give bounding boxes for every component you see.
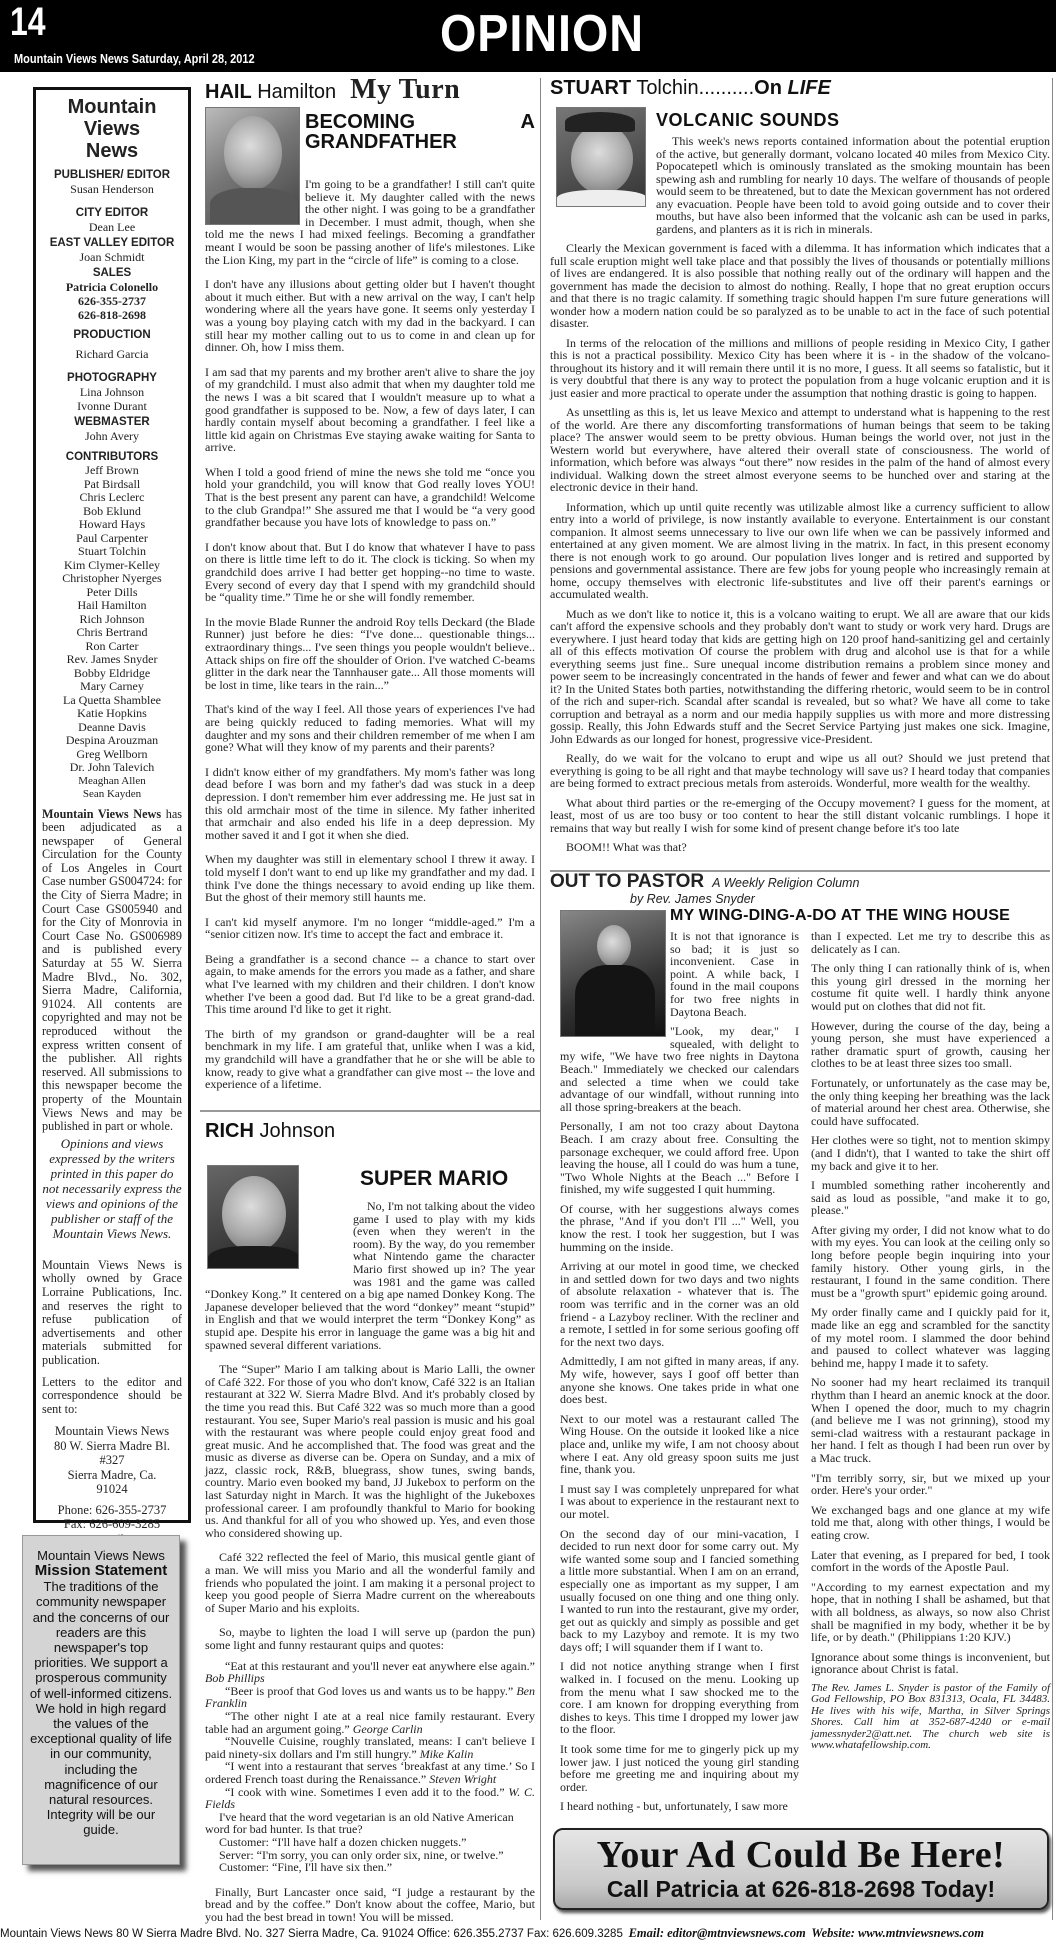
paragraph: Admittedly, I am not gifted in many area… [560,1355,799,1405]
article-headline: MY WING-DING-A-DO AT THE WING HOUSE [670,907,1010,925]
phone: 626-355-2737 [42,294,182,308]
contributor-name: Ron Carter [42,640,182,654]
role-label: PHOTOGRAPHY [42,371,182,385]
column-subtitle: A Weekly Religion Column [712,876,859,890]
contributor-name: Howard Hays [42,518,182,532]
footer-address: Mountain Views News 80 W Sierra Madre Bl… [0,1928,623,1940]
paragraph: I don't have any illusions about getting… [205,278,535,354]
quote: “Nouvelle Cuisine, roughly translated, m… [205,1735,535,1760]
paragraph: BOOM!! What was that? [550,841,1050,854]
paragraph: Much as we don't like to notice it, this… [550,608,1050,746]
masthead: 14 Mountain Views News Saturday, April 2… [0,0,1056,72]
paragraph: My order finally came and I quickly paid… [811,1306,1050,1369]
paragraph: When my daughter was still in elementary… [205,853,535,903]
staff-box: Mountain Views News PUBLISHER/ EDITOR Su… [33,87,191,1523]
quote-author: W. C. Fields [205,1785,535,1812]
paragraph: We exchanged bags and one glance at my w… [811,1504,1050,1542]
paragraph: I didn't know either of my grandfathers.… [205,766,535,842]
mission-title: Mission Statement [29,1563,173,1579]
advertisement-banner[interactable]: Your Ad Could Be Here! Call Patricia at … [553,1828,1049,1910]
role-label: WEBMASTER [42,415,182,429]
footer-website[interactable]: Website: www.mtnviewsnews.com [811,1926,984,1940]
paragraph: The “Super” Mario I am talking about is … [205,1363,535,1539]
article-body: This week's news reports contained infor… [550,135,1050,861]
paragraph: Fortunately, or unfortunately as the cas… [811,1077,1050,1127]
ownership-notice: Mountain Views News is wholly owned by G… [42,1259,182,1368]
contributors-list: Jeff BrownPat BirdsallChris LeclercBob E… [42,464,182,802]
role-label: EAST VALLEY EDITOR [42,236,182,250]
mission-statement: Mountain Views News Mission Statement Th… [22,1535,180,1865]
article-columns: It is not that ignorance is so bad; it i… [560,930,1050,1820]
paragraph: When I told a good friend of mine the ne… [205,466,535,529]
paragraph: "I'm terribly sorry, sir, but we mixed u… [811,1472,1050,1497]
contributor-name: Rich Johnson [42,613,182,627]
staff-name: Dean Lee [42,220,182,234]
joke-line: Customer: “Fine, I'll have six then.” [205,1861,535,1874]
contributor-name: Peter Dills [42,586,182,600]
paragraph: After giving my order, I did not know wh… [811,1224,1050,1300]
paragraph: Café 322 reflected the feel of Mario, th… [205,1551,535,1614]
column-name: My Turn [350,77,460,103]
article-body: I'm going to be a grandfather! I still c… [205,178,535,1103]
joke-line: Customer: “I'll have half a dozen chicke… [205,1836,535,1849]
article-headline: SUPER MARIO [360,1168,508,1190]
quote-list: “Eat at this restaurant and you'll never… [205,1660,535,1874]
date-line: Mountain Views News Saturday, April 28, … [14,52,255,66]
contributor-name: Bobby Eldridge [42,667,182,681]
role-label: PUBLISHER/ EDITOR [42,168,182,182]
contributor-name: Paul Carpenter [42,532,182,546]
article-headline: VOLCANIC SOUNDS [656,110,840,130]
paragraph: I heard nothing - but, unfortunately, I … [560,1800,799,1813]
contributor-name: Kim Clymer-Kelley [42,559,182,573]
staff-name: John Avery [42,429,182,443]
contributor-name: Bob Eklund [42,505,182,519]
paragraph: What about third parties or the re-emerg… [550,797,1050,835]
quote: “The other night I ate at a real nice fa… [205,1710,535,1735]
ad-subline: Call Patricia at 626-818-2698 Today! [555,1876,1047,1902]
letters-notice: Letters to the editor and correspondence… [42,1376,182,1417]
article-headline: BECOMING A GRANDFATHER [305,112,535,152]
column-divider [1052,78,1053,1920]
paragraph: However, during the course of the day, b… [811,1020,1050,1070]
paragraph: I don't know about that. But I do know t… [205,541,535,604]
author-bio: The Rev. James L. Snyder is pastor of th… [811,1683,1050,1752]
contributor-name: Meaghan Allen [42,775,182,789]
contributor-name: Hail Hamilton [42,599,182,613]
column-header: HAIL Hamilton My Turn [205,77,535,103]
paragraph: I mumbled something rather incoherently … [811,1179,1050,1217]
article-wing-house: OUT TO PASTOR A Weekly Religion Column b… [550,872,1050,892]
staff-name: Richard Garcia [42,347,182,361]
contributor-name: Deanne Davis [42,721,182,735]
section-title: OPINION [440,8,644,60]
contributor-name: Christopher Nyerges [42,572,182,586]
section-divider [200,1110,540,1112]
article-volcanic-sounds: STUART Tolchin..........On LIFE VOLCANIC… [550,77,1050,99]
ad-headline: Your Ad Could Be Here! [555,1834,1047,1876]
paragraph: I did not notice anything strange when I… [560,1660,799,1736]
paragraph: I must say I was completely unprepared f… [560,1483,799,1521]
article-column: It is not that ignorance is so bad; it i… [560,930,799,1820]
contributor-name: Pat Birdsall [42,478,182,492]
quote: “Eat at this restaurant and you'll never… [205,1660,535,1685]
paragraph: Her clothes were so tight, not to mentio… [811,1134,1050,1172]
paragraph: So, maybe to lighten the load I will ser… [205,1626,535,1651]
role-label: CITY EDITOR [42,206,182,220]
role-label: PRODUCTION [42,328,182,342]
paragraph: Next to our motel was a restaurant calle… [560,1413,799,1476]
contributor-name: Stuart Tolchin [42,545,182,559]
paragraph: In the movie Blade Runner the android Ro… [205,616,535,692]
article-becoming-a-grandfather: HAIL Hamilton My Turn BECOMING A GRANDFA… [205,77,535,103]
column-name: OUT TO PASTOR [550,872,704,892]
mailing-address: Mountain Views News 80 W. Sierra Madre B… [42,1424,182,1497]
quote: “I went into a restaurant that serves ‘b… [205,1760,535,1785]
phone: 626-818-2698 [42,308,182,322]
paper-name: Mountain Views News [42,96,182,162]
author-byline: HAIL Hamilton [205,81,336,103]
paragraph: As unsettling as this is, let us leave M… [550,406,1050,494]
author-byline: STUART Tolchin..........On LIFE [550,77,1050,99]
paragraph: Really, do we wait for the volcano to er… [550,752,1050,790]
paragraph: Personally, I am not too crazy about Day… [560,1120,799,1196]
contributor-name: Chris Bertrand [42,626,182,640]
footer-email[interactable]: Email: editor@mtnviewsnews.com [629,1926,806,1940]
paragraph: In terms of the relocation of the millio… [550,337,1050,400]
contributor-name: Despina Arouzman [42,734,182,748]
contributor-name: Jeff Brown [42,464,182,478]
page-number: 14 [10,2,46,42]
staff-name: Patricia Colonello [42,280,182,294]
quote: “I cook with wine. Sometimes I even add … [205,1786,535,1811]
paragraph: The only thing I can rationally think of… [811,962,1050,1012]
paragraph: The birth of my grandson or grand-daught… [205,1028,535,1091]
contributor-name: Rev. James Snyder [42,653,182,667]
contributor-name: Dr. John Talevich [42,761,182,775]
paragraph: Later that evening, as I prepared for be… [811,1549,1050,1574]
article-super-mario: RICH Johnson SUPER MARIO No, I'm not tal… [205,1120,535,1142]
article-column: than I expected. Let me try to describe … [811,930,1050,1820]
column-header: OUT TO PASTOR A Weekly Religion Column [550,872,1050,892]
staff-name: Joan Schmidt [42,250,182,264]
staff-name: Ivonne Durant [42,399,182,413]
paragraph: Of course, with her suggestions always c… [560,1203,799,1253]
role-label: SALES [42,266,182,280]
contributor-name: Greg Wellborn [42,748,182,762]
article-body: No, I'm not talking about the video game… [205,1200,535,1935]
quote: “Beer is proof that God loves us and wan… [205,1685,535,1710]
paragraph: Clearly the Mexican government is faced … [550,242,1050,330]
staff-name: Susan Henderson [42,182,182,196]
quote-author: Steven Wright [429,1772,496,1786]
page-footer: Mountain Views News 80 W Sierra Madre Bl… [0,1926,1056,1942]
disclaimer: Opinions and views expressed by the writ… [42,1136,182,1241]
contributors-label: CONTRIBUTORS [42,450,182,464]
contributor-name: Sean Kayden [42,788,182,802]
paragraph: "According to my earnest expectation and… [811,1581,1050,1644]
paragraph: It took some time for me to gingerly pic… [560,1743,799,1793]
paragraph: That's kind of the way I feel. All those… [205,703,535,753]
paragraph: I am sad that my parents and my brother … [205,366,535,454]
contributor-name: La Quetta Shamblee [42,694,182,708]
paragraph: Information, which up until quite recent… [550,501,1050,601]
joke-line: I've heard that the word vegetarian is a… [205,1811,535,1836]
staff-name: Lina Johnson [42,385,182,399]
column-divider [540,78,541,1920]
paragraph: No sooner had my heart reclaimed its tra… [811,1376,1050,1464]
quote-author: Ben Franklin [205,1684,535,1711]
contributor-name: Mary Carney [42,680,182,694]
paragraph: Arriving at our motel in good time, we c… [560,1260,799,1348]
contributor-name: Chris Leclerc [42,491,182,505]
contributor-name: Katie Hopkins [42,707,182,721]
paragraph: Finally, Burt Lancaster once said, “I ju… [205,1886,535,1924]
paragraph: I can't kid myself anymore. I'm no longe… [205,916,535,941]
mission-text: The traditions of the community newspape… [29,1579,173,1837]
author-byline: by Rev. James Snyder [630,892,755,906]
paragraph: On the second day of our mini-vacation, … [560,1528,799,1654]
author-byline: RICH Johnson [205,1120,535,1142]
legal-notice: Mountain Views News has been adjudicated… [42,808,182,1134]
paragraph: than I expected. Let me try to describe … [811,930,1050,955]
paragraph: Ignorance about some things is inconveni… [811,1651,1050,1676]
paragraph: Being a grandfather is a second chance -… [205,953,535,1016]
